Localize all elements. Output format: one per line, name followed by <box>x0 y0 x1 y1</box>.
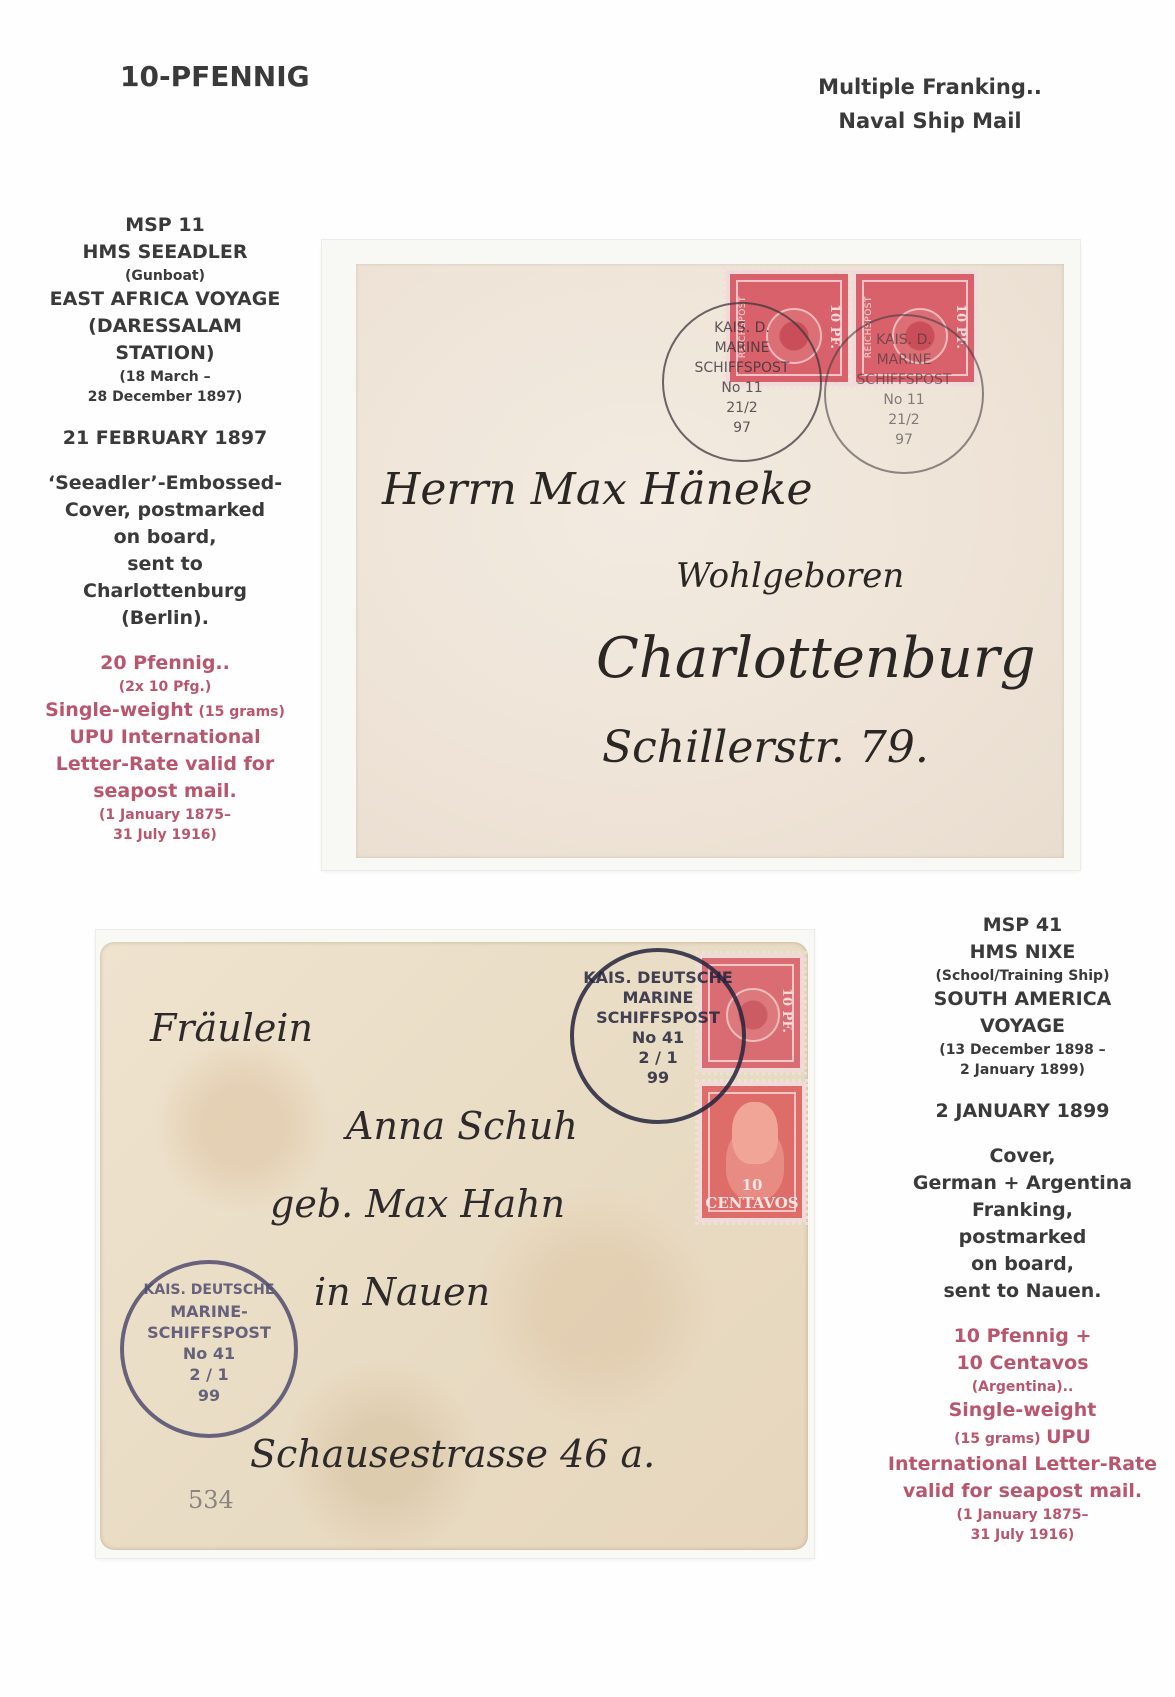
item2-note-line: Franking, <box>865 1197 1175 1224</box>
page-title: 10-PFENNIG <box>120 60 310 93</box>
postmark-text: KAIS. DEUTSCHE <box>574 968 742 988</box>
item1-rate-line: Letter-Rate valid for <box>15 751 315 778</box>
item2-rate-amount: 10 Pfennig + <box>865 1323 1175 1350</box>
cover-2-envelope: 10 PF. 10 CENTAVOS KAIS. DEUTSCHE MARINE… <box>100 942 808 1550</box>
item1-note-line: Charlottenburg <box>15 578 315 605</box>
item1-period-1: (18 March – <box>15 367 315 387</box>
postmark-text: No 11 <box>826 390 982 410</box>
postmark-text: No 41 <box>124 1343 294 1364</box>
address-line-3: Charlottenburg <box>596 626 1035 691</box>
item1-rate-weight: Single-weight <box>45 699 193 721</box>
postmark-text: 99 <box>574 1068 742 1088</box>
item1-note-line: on board, <box>15 524 315 551</box>
item2-date: 2 JANUARY 1899 <box>865 1098 1175 1125</box>
address-line-5: Schausestrasse 46 a. <box>250 1432 655 1476</box>
item2-rate-country: (Argentina).. <box>865 1377 1175 1397</box>
postmark-2: KAIS. D. MARINE SCHIFFSPOST No 11 21/2 9… <box>824 314 984 474</box>
postmark-text: MARINE- <box>124 1301 294 1322</box>
item2-note-line: sent to Nauen. <box>865 1278 1175 1305</box>
postmark-text: 2 / 1 <box>124 1364 294 1385</box>
pencil-note: 534 <box>188 1486 234 1514</box>
subtitle-line-2: Naval Ship Mail <box>790 104 1070 138</box>
item2-note-line: Cover, <box>865 1143 1175 1170</box>
subtitle-line-1: Multiple Franking.. <box>790 70 1070 104</box>
page-subtitle: Multiple Franking.. Naval Ship Mail <box>790 70 1070 138</box>
item2-rate-line: International Letter-Rate <box>865 1451 1175 1478</box>
postmark-1: KAIS. D. MARINE SCHIFFSPOST No 11 21/2 9… <box>662 302 822 462</box>
address-line-1: Fräulein <box>150 1006 313 1050</box>
item2-period-1: (13 December 1898 – <box>865 1040 1175 1060</box>
item2-voyage-2: VOYAGE <box>865 1013 1175 1040</box>
postmark-4: KAIS. DEUTSCHE MARINE- SCHIFFSPOST No 41… <box>120 1260 298 1438</box>
item2-period-2: 2 January 1899) <box>865 1060 1175 1080</box>
item1-note-line: sent to <box>15 551 315 578</box>
item2-rate-amount-2: 10 Centavos <box>865 1350 1175 1377</box>
postmark-text: KAIS. D. <box>664 318 820 338</box>
address-line-4: in Nauen <box>314 1270 490 1314</box>
address-line-2: Anna Schuh <box>346 1104 578 1148</box>
item1-rate-period: (1 January 1875– <box>15 805 315 825</box>
item2-ship-type: (School/Training Ship) <box>865 966 1175 986</box>
item1-rate-line: seapost mail. <box>15 778 315 805</box>
item1-rate: 20 Pfennig.. (2x 10 Pfg.) Single-weight … <box>15 650 315 845</box>
item1-msp: MSP 11 <box>15 212 315 239</box>
item1-description: MSP 11 HMS SEEADLER (Gunboat) EAST AFRIC… <box>15 212 315 845</box>
item1-rate-breakdown: (2x 10 Pfg.) <box>15 677 315 697</box>
postmark-text: KAIS. D. <box>826 330 982 350</box>
postmark-text: 2 / 1 <box>574 1048 742 1068</box>
item1-rate-grams: (15 grams) <box>198 704 284 720</box>
item1-ship: HMS SEEADLER <box>15 239 315 266</box>
item2-rate-period: 31 July 1916) <box>865 1525 1175 1545</box>
address-line-4: Schillerstr. 79. <box>602 722 929 773</box>
postmark-text: No 11 <box>664 378 820 398</box>
postmark-text: SCHIFFSPOST <box>664 358 820 378</box>
postmark-text: 97 <box>664 418 820 438</box>
item2-note-line: German + Argentina <box>865 1170 1175 1197</box>
item1-rate-period: 31 July 1916) <box>15 825 315 845</box>
item2-rate-period: (1 January 1875– <box>865 1505 1175 1525</box>
address-line-2: Wohlgeboren <box>676 556 904 596</box>
item1-ship-type: (Gunboat) <box>15 266 315 286</box>
item1-rate-amount: 20 Pfennig.. <box>15 650 315 677</box>
portrait-icon <box>732 1102 778 1164</box>
postmark-text: 21/2 <box>826 410 982 430</box>
item1-period-2: 28 December 1897) <box>15 387 315 407</box>
postmark-text: SCHIFFSPOST <box>574 1008 742 1028</box>
postmark-text: MARINE <box>574 988 742 1008</box>
item1-note-line: ‘Seeadler’-Embossed- <box>15 470 315 497</box>
item2-note-line: postmarked <box>865 1224 1175 1251</box>
item1-voyage-detail-2: STATION) <box>15 340 315 367</box>
item2-rate-grams: (15 grams) <box>954 1431 1040 1447</box>
stamp-value: 10 PF. <box>779 988 794 1033</box>
cover-1-envelope: REICHSPOST 10 PF. REICHSPOST 10 PF. KAIS… <box>356 264 1064 858</box>
item2-rate-line: valid for seapost mail. <box>865 1478 1175 1505</box>
item1-voyage: EAST AFRICA VOYAGE <box>15 286 315 313</box>
postmark-text: SCHIFFSPOST <box>124 1322 294 1343</box>
postmark-text: MARINE <box>826 350 982 370</box>
item2-voyage: SOUTH AMERICA <box>865 986 1175 1013</box>
item1-voyage-detail-1: (DARESSALAM <box>15 313 315 340</box>
postmark-text: No 41 <box>574 1028 742 1048</box>
postmark-text: MARINE <box>664 338 820 358</box>
item2-description: MSP 41 HMS NIXE (School/Training Ship) S… <box>865 912 1175 1545</box>
item2-note-line: on board, <box>865 1251 1175 1278</box>
item1-note-line: Cover, postmarked <box>15 497 315 524</box>
postmark-text: 21/2 <box>664 398 820 418</box>
item2-rate-upu: UPU <box>1046 1426 1091 1448</box>
item1-date: 21 FEBRUARY 1897 <box>15 425 315 452</box>
postmark-text: KAIS. DEUTSCHE <box>124 1280 294 1301</box>
item2-rate: 10 Pfennig + 10 Centavos (Argentina).. S… <box>865 1323 1175 1545</box>
item2-rate-weight: Single-weight <box>865 1397 1175 1424</box>
item2-msp: MSP 41 <box>865 912 1175 939</box>
item1-note-line: (Berlin). <box>15 605 315 632</box>
item2-ship: HMS NIXE <box>865 939 1175 966</box>
postmark-3: KAIS. DEUTSCHE MARINE SCHIFFSPOST No 41 … <box>570 948 746 1124</box>
postmark-text: SCHIFFSPOST <box>826 370 982 390</box>
postmark-text: 97 <box>826 430 982 450</box>
stamp-value: 10 CENTAVOS <box>702 1176 802 1212</box>
postmark-text: 99 <box>124 1385 294 1406</box>
address-line-1: Herrn Max Häneke <box>382 464 813 515</box>
item1-rate-line: UPU International <box>15 724 315 751</box>
address-line-3: geb. Max Hahn <box>270 1182 565 1226</box>
